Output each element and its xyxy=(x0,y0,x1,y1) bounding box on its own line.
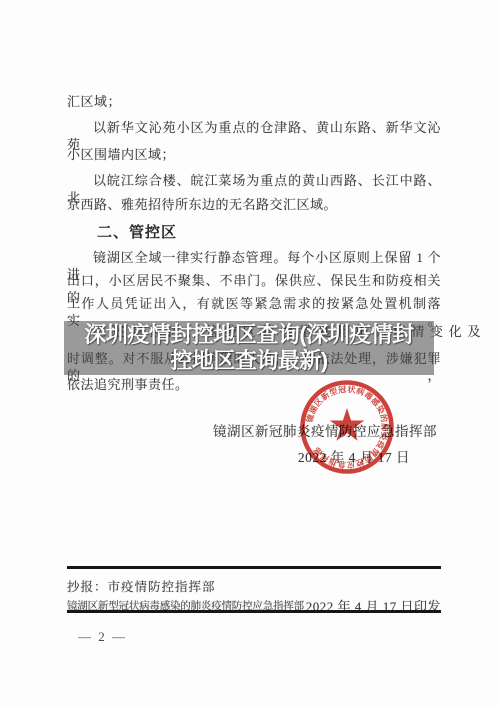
footer-bottom-rule xyxy=(67,610,441,613)
official-seal: 镜湖区新型冠状病毒感染的肺炎疫情防控应急指挥部 xyxy=(297,379,397,479)
seal-star-icon xyxy=(330,408,364,441)
overlay-title-line1: 深圳疫情封控地区查询(深圳疫情封 xyxy=(84,322,413,348)
doc-line: 京西路、雅苑招待所东边的无名路交汇区域。 xyxy=(67,196,441,213)
overlay-title-line2: 控地区查询最新) xyxy=(170,348,327,374)
page-number: — 2 — xyxy=(78,629,127,645)
scanned-document-page: 汇区域； 以新华文沁苑小区为重点的仓津路、黄山东路、新华文沁苑 小区围墙内区域；… xyxy=(0,0,500,706)
footer-top-rule xyxy=(67,566,441,569)
doc-line: 汇区域； xyxy=(67,93,441,110)
doc-section-heading: 二、管控区 xyxy=(67,224,441,241)
doc-line: 小区围墙内区域； xyxy=(67,146,441,163)
overlay-title-band: 深圳疫情封控地区查询(深圳疫情封 控地区查询最新) xyxy=(64,321,434,375)
footer-copy-to: 抄报：市疫情防控指挥部 xyxy=(67,577,216,595)
